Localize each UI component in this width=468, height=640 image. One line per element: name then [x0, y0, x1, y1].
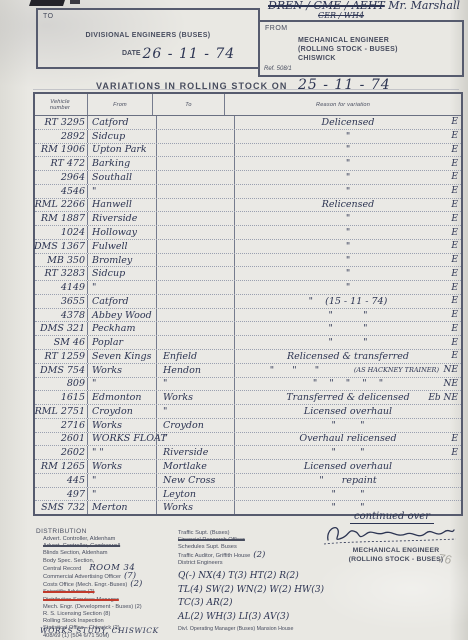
reason-text: Licensed overhaul: [304, 461, 392, 472]
traffic-item-count: (2): [253, 552, 265, 559]
to-address-box: TO DIVISIONAL ENGINEERS (BUSES) DATE 26 …: [36, 8, 260, 69]
to-garage-cell: New Cross: [157, 474, 235, 487]
from-garage-cell: Fulwell: [88, 240, 157, 253]
header-from: From: [88, 94, 153, 115]
reason-text: ": [346, 144, 350, 155]
from-garage-cell: ": [88, 281, 157, 294]
engineer-mark: E: [451, 200, 458, 210]
from-garage-cell: Southall: [88, 171, 157, 184]
reference-number: Ref. 508/1: [264, 66, 292, 72]
table-row: 2892 Sidcup " E: [35, 130, 461, 144]
reason-cell: Overhaul relicensed E: [235, 433, 461, 446]
from-line-2: (ROLLING STOCK - BUSES): [298, 45, 398, 54]
reason-text: Licensed overhaul: [304, 406, 392, 417]
distribution-item-text: Advert. Controller, Camberwell: [43, 543, 120, 550]
reason-cell: " " E: [235, 336, 461, 349]
from-garage-cell: Catford: [88, 295, 157, 308]
reason-text: " ": [332, 420, 365, 431]
to-garage-cell: [157, 336, 235, 349]
header-to: To: [153, 94, 225, 115]
from-garage-cell: Works: [88, 419, 157, 432]
reason-cell: " ": [235, 488, 461, 501]
engineer-mark: E: [451, 338, 458, 348]
routing-note: DREN / CME / AEHT Mr. Marshall: [268, 0, 466, 11]
table-row: 1615 Edmonton Works Transferred & delice…: [35, 391, 461, 405]
reason-cell: " E: [235, 267, 461, 280]
from-garage-cell: Works: [88, 460, 157, 473]
from-garage-cell: Riverside: [88, 212, 157, 225]
table-row: 4149 " " E: [35, 281, 461, 295]
vehicle-number-cell: RT 3283: [35, 267, 88, 280]
distribution-items: Advert. Controller, Aldenham Advert. Con…: [36, 536, 174, 640]
reason-text: Relicensed: [322, 199, 375, 210]
reason-text: " (15 - 11 - 74): [309, 296, 388, 307]
header-vehicle-number: Vehicle number: [35, 94, 88, 115]
vehicle-number-cell: 809: [35, 378, 88, 391]
traffic-item-text: Traffic Auditor, Griffith House: [178, 553, 250, 560]
reason-cell: " " " (AS HACKNEY TRAINER) NE: [235, 364, 461, 377]
table-row: 2716 Works Croydon " ": [35, 419, 461, 433]
traffic-item: District Engineers: [178, 560, 308, 567]
vehicle-number-cell: RML 2751: [35, 405, 88, 418]
distribution-item: Scientific Adviser (2): [43, 589, 174, 596]
distribution-item: Costs Office (Mech. Engr.-Buses) (2): [43, 581, 174, 589]
engineer-mark: E: [451, 296, 458, 306]
table-row: 2601 WORKS FLOAT " Overhaul relicensed E: [35, 433, 461, 447]
to-garage-cell: Croydon: [157, 419, 235, 432]
district-code-line: TL(4) SW(2) WN(2) W(2) HW(3): [178, 584, 338, 598]
vehicle-number-cell: 1615: [35, 391, 88, 404]
to-garage-cell: [157, 281, 235, 294]
title-date-handwritten: 25 - 11 - 74: [298, 77, 391, 93]
reason-cell: " (15 - 11 - 74) E: [235, 295, 461, 308]
reason-text: ": [346, 268, 350, 279]
reason-cell: " " E: [235, 309, 461, 322]
to-garage-cell: ": [157, 405, 235, 418]
reason-text: " ": [329, 337, 368, 348]
engineer-mark: E: [451, 269, 458, 279]
to-garage-cell: [157, 130, 235, 143]
vehicle-number-cell: 2601: [35, 433, 88, 446]
vehicle-number-cell: 2602: [35, 446, 88, 459]
engineer-mark: Eb NE: [428, 393, 458, 403]
reason-text: Transferred & delicensed: [286, 392, 409, 403]
from-line-3: CHISWICK: [298, 54, 398, 63]
traffic-list: Traffic Supt. (Buses) Financial Research…: [178, 530, 308, 567]
works-study-note: WORKS STUDY, CHISWICK: [40, 626, 159, 635]
from-garage-cell: Seven Kings: [88, 350, 157, 363]
to-garage-cell: [157, 144, 235, 157]
from-garage-cell: Croydon: [88, 405, 157, 418]
distribution-item-text: Distribution Services Manager: [43, 597, 119, 604]
reason-text: " repaint: [319, 475, 376, 486]
to-garage-cell: [157, 322, 235, 335]
distribution-item: Central Record ROOM 34: [43, 565, 174, 573]
district-code-line: TC(3) AR(2): [178, 597, 338, 611]
vehicle-number-cell: 445: [35, 474, 88, 487]
table-row: RM 1906 Upton Park " E: [35, 144, 461, 158]
date-value-handwritten: 26 - 11 - 74: [143, 46, 236, 62]
to-garage-cell: Riverside: [157, 446, 235, 459]
to-garage-cell: [157, 212, 235, 225]
table-row: RT 1259 Seven Kings Enfield Relicensed &…: [35, 350, 461, 364]
engineer-mark: E: [451, 310, 458, 320]
vehicle-number-cell: 4546: [35, 185, 88, 198]
table-row: RM 1887 Riverside " E: [35, 212, 461, 226]
date-label: DATE: [122, 50, 141, 57]
from-garage-cell: Poplar: [88, 336, 157, 349]
to-garage-cell: [157, 240, 235, 253]
engineer-mark: NE: [444, 379, 458, 389]
distribution-item: Blinds Section, Aldenham: [43, 550, 174, 557]
from-garage-cell: ": [88, 378, 157, 391]
scan-corner-mark-2: [70, 0, 80, 4]
engineer-mark: E: [451, 324, 458, 334]
reason-text: Overhaul relicensed: [299, 433, 396, 444]
reason-text: ": [346, 158, 350, 169]
from-garage-cell: WORKS FLOAT: [88, 433, 157, 446]
reason-cell: Relicensed E: [235, 199, 461, 212]
vehicle-number-cell: 2892: [35, 130, 88, 143]
routing-note-sub: CER / WH4: [318, 11, 364, 20]
vehicle-number-cell: RM 1887: [35, 212, 88, 225]
reason-cell: " ": [235, 419, 461, 432]
table-row: 3655 Catford " (15 - 11 - 74) E: [35, 295, 461, 309]
vehicle-number-cell: RT 3295: [35, 116, 88, 129]
distribution-item: R. S. Licensing Section (8): [43, 611, 174, 618]
engineer-mark: E: [451, 351, 458, 361]
reason-cell: Delicensed E: [235, 116, 461, 129]
reason-cell: " E: [235, 240, 461, 253]
vehicle-number-cell: DMS 321: [35, 322, 88, 335]
table-row: RML 2266 Hanwell Relicensed E: [35, 199, 461, 213]
to-garage-cell: [157, 226, 235, 239]
vehicle-number-cell: SMS 732: [35, 501, 88, 514]
vehicle-number-cell: 2716: [35, 419, 88, 432]
traffic-item: Traffic Supt. (Buses): [178, 530, 308, 537]
reason-cell: " " E: [235, 446, 461, 459]
to-garage-cell: Works: [157, 391, 235, 404]
table-row: 809 " " " " " " " NE: [35, 378, 461, 392]
reason-text: Delicensed: [322, 117, 375, 128]
reason-cell: " " E: [235, 322, 461, 335]
distribution-item-count: (2): [130, 581, 142, 588]
reason-cell: " E: [235, 281, 461, 294]
from-garage-cell: Upton Park: [88, 144, 157, 157]
to-garage-cell: Mortlake: [157, 460, 235, 473]
distribution-item-text: Rolling Stock Inspection: [43, 618, 104, 625]
table-row: DMS 321 Peckham " " E: [35, 322, 461, 336]
to-garage-cell: [157, 185, 235, 198]
engineer-mark: E: [451, 434, 458, 444]
reason-text: ": [346, 172, 350, 183]
from-line-1: MECHANICAL ENGINEER: [298, 36, 398, 45]
vehicle-number-cell: SM 46: [35, 336, 88, 349]
distribution-item: Advert. Controller, Aldenham: [43, 536, 174, 543]
traffic-item: Schedules Supt. Buses: [178, 544, 308, 551]
from-garage-cell: Bromley: [88, 254, 157, 267]
to-garage-cell: [157, 254, 235, 267]
table-row: 1024 Holloway " E: [35, 226, 461, 240]
signature-scribble: [322, 520, 458, 548]
to-garage-cell: Works: [157, 501, 235, 514]
from-garage-cell: Merton: [88, 501, 157, 514]
routing-name: Mr. Marshall: [388, 0, 460, 12]
table-row: MB 350 Bromley " E: [35, 254, 461, 268]
traffic-item-text: Financial Research Officer: [178, 537, 245, 544]
table-row: 4378 Abbey Wood " " E: [35, 309, 461, 323]
distribution-list: DISTRIBUTION Advert. Controller, Aldenha…: [36, 528, 174, 640]
from-garage-cell: ": [88, 488, 157, 501]
vehicle-number-cell: 497: [35, 488, 88, 501]
to-garage-cell: Leyton: [157, 488, 235, 501]
reason-text: " ": [329, 310, 368, 321]
from-garage-cell: Works: [88, 364, 157, 377]
from-garage-cell: Catford: [88, 116, 157, 129]
to-garage-cell: [157, 267, 235, 280]
reason-text: ": [346, 186, 350, 197]
reason-cell: " E: [235, 130, 461, 143]
to-garage-cell: Hendon: [157, 364, 235, 377]
table-row: RT 3295 Catford Delicensed E: [35, 116, 461, 130]
reason-cell: " E: [235, 144, 461, 157]
reason-cell: " E: [235, 212, 461, 225]
table-row: 445 " New Cross " repaint: [35, 474, 461, 488]
reason-text: ": [346, 255, 350, 266]
to-garage-cell: [157, 171, 235, 184]
from-garage-cell: Peckham: [88, 322, 157, 335]
vehicle-number-cell: RM 1265: [35, 460, 88, 473]
vehicle-number-cell: RML 2266: [35, 199, 88, 212]
to-garage-cell: [157, 116, 235, 129]
reason-cell: " repaint: [235, 474, 461, 487]
distribution-item-text: Commercial Advertising Officer: [43, 574, 121, 581]
from-garage-cell: " ": [88, 446, 157, 459]
engineer-mark: E: [451, 145, 458, 155]
from-garage-cell: Barking: [88, 157, 157, 170]
engineer-mark: E: [451, 186, 458, 196]
reason-text: " " " " ": [313, 378, 383, 389]
traffic-item-text: Schedules Supt. Buses: [178, 544, 237, 551]
distribution-item: Advert. Controller, Camberwell: [43, 543, 174, 550]
vehicle-number-cell: MB 350: [35, 254, 88, 267]
engineer-mark: E: [451, 241, 458, 251]
distribution-item-text: Blinds Section, Aldenham: [43, 550, 108, 557]
district-code-line: AL(2) WH(3) LI(3) AV(3): [178, 611, 338, 625]
reason-cell: Licensed overhaul: [235, 405, 461, 418]
from-garage-cell: Hanwell: [88, 199, 157, 212]
reason-cell: Relicensed & transferred E: [235, 350, 461, 363]
vehicle-number-cell: RT 472: [35, 157, 88, 170]
table-row: RM 1265 Works Mortlake Licensed overhaul: [35, 460, 461, 474]
to-garage-cell: [157, 157, 235, 170]
engineer-mark: NE: [444, 365, 458, 375]
from-garage-cell: Abbey Wood: [88, 309, 157, 322]
from-garage-cell: Holloway: [88, 226, 157, 239]
reason-cell: " E: [235, 171, 461, 184]
distribution-item-text: Mech. Engr. (Development - Buses) (2): [43, 604, 142, 611]
table-row: RT 3283 Sidcup " E: [35, 267, 461, 281]
distribution-item-text: Central Record: [43, 566, 81, 573]
reason-text: ": [346, 241, 350, 252]
reason-text: Relicensed & transferred: [287, 351, 409, 362]
vehicle-number-cell: 4378: [35, 309, 88, 322]
vehicle-number-cell: RT 1259: [35, 350, 88, 363]
reason-text: " ": [329, 323, 368, 334]
reason-note: (AS HACKNEY TRAINER): [354, 366, 439, 374]
engineer-mark: E: [451, 255, 458, 265]
from-garage-cell: Sidcup: [88, 130, 157, 143]
to-garage-cell: [157, 295, 235, 308]
district-code-line: Q(-) NX(4) T(3) HT(2) R(2): [178, 570, 338, 584]
reason-cell: Transferred & delicensed Eb NE: [235, 391, 461, 404]
reason-cell: " " " " " NE: [235, 378, 461, 391]
distribution-item-text: R. S. Licensing Section (8): [43, 611, 110, 618]
to-garage-cell: Enfield: [157, 350, 235, 363]
traffic-item: Financial Research Officer: [178, 537, 308, 544]
from-garage-cell: Sidcup: [88, 267, 157, 280]
to-value: DIVISIONAL ENGINEERS (BUSES): [38, 32, 258, 39]
vehicle-number-cell: 1024: [35, 226, 88, 239]
table-body: RT 3295 Catford Delicensed E 2892 Sidcup: [35, 116, 461, 514]
title-text: VARIATIONS IN ROLLING STOCK ON: [96, 81, 288, 91]
distribution-item-text: Costs Office (Mech. Engr.-Buses): [43, 582, 127, 589]
vehicle-number-cell: RM 1906: [35, 144, 88, 157]
vehicle-number-cell: 2964: [35, 171, 88, 184]
scan-corner-mark: [29, 0, 65, 6]
distribution-item-text: Scientific Adviser (2): [43, 589, 95, 596]
reason-text: ": [346, 227, 350, 238]
to-garage-cell: [157, 199, 235, 212]
date-line: DATE 26 - 11 - 74: [122, 46, 235, 62]
traffic-item-text: Traffic Supt. (Buses): [178, 530, 230, 537]
from-label: FROM: [265, 25, 288, 32]
from-garage-cell: Edmonton: [88, 391, 157, 404]
engineer-mark: E: [451, 283, 458, 293]
district-codes: Q(-) NX(4) T(3) HT(2) R(2) TL(4) SW(2) W…: [178, 570, 338, 624]
table-row: RML 2751 Croydon " Licensed overhaul: [35, 405, 461, 419]
distribution-item: Commercial Advertising Officer (7): [43, 573, 174, 581]
table-row: 4546 " " E: [35, 185, 461, 199]
header-reason: Reason for variation: [225, 94, 461, 115]
from-garage-cell: ": [88, 185, 157, 198]
table-row: 497 " Leyton " ": [35, 488, 461, 502]
to-garage-cell: ": [157, 433, 235, 446]
table-row: 2602 " " Riverside " " E: [35, 446, 461, 460]
engineer-mark: E: [451, 117, 458, 127]
reason-text: ": [346, 213, 350, 224]
reason-text: " ": [332, 447, 365, 458]
engineer-mark: E: [451, 228, 458, 238]
engineer-mark: E: [451, 214, 458, 224]
divl-operating-manager-line: Divl. Operating Manager (Buses) Mansion …: [178, 626, 293, 632]
distribution-item-text: Advert. Controller, Aldenham: [43, 536, 115, 543]
table-row: RT 472 Barking " E: [35, 157, 461, 171]
reason-text: " ": [332, 489, 365, 500]
reason-cell: " E: [235, 157, 461, 170]
distribution-title: DISTRIBUTION: [36, 528, 174, 535]
vehicle-number-cell: 3655: [35, 295, 88, 308]
table-row: SM 46 Poplar " " E: [35, 336, 461, 350]
reason-cell: Licensed overhaul: [235, 460, 461, 473]
scanned-memo-page: DREN / CME / AEHT Mr. Marshall CER / WH4…: [0, 0, 468, 640]
table-row: DMS 754 Works Hendon " " " (AS HACKNEY T…: [35, 364, 461, 378]
engineer-mark: E: [451, 172, 458, 182]
from-value: MECHANICAL ENGINEER (ROLLING STOCK - BUS…: [298, 36, 398, 63]
reason-text: ": [346, 131, 350, 142]
engineer-mark: E: [451, 131, 458, 141]
reason-cell: " E: [235, 226, 461, 239]
traffic-item-text: District Engineers: [178, 560, 223, 567]
table-row: DMS 1367 Fulwell " E: [35, 240, 461, 254]
table-header-row: Vehicle number From To Reason for variat…: [35, 94, 461, 116]
distribution-item: Mech. Engr. (Development - Buses) (2): [43, 604, 174, 611]
pencil-page-mark: 76: [437, 551, 452, 567]
distribution-item: Rolling Stock Inspection: [43, 618, 174, 625]
variations-table: Vehicle number From To Reason for variat…: [33, 92, 463, 516]
distribution-item-text: Body Spec. Section,: [43, 558, 94, 565]
to-label: TO: [43, 13, 54, 20]
reason-text: ": [346, 282, 350, 293]
to-garage-cell: [157, 309, 235, 322]
vehicle-number-cell: 4149: [35, 281, 88, 294]
traffic-items: Traffic Supt. (Buses) Financial Research…: [178, 530, 308, 567]
distribution-item: Distribution Services Manager: [43, 597, 174, 604]
vehicle-number-cell: DMS 754: [35, 364, 88, 377]
from-address-box: FROM MECHANICAL ENGINEER (ROLLING STOCK …: [258, 20, 464, 77]
to-garage-cell: ": [157, 378, 235, 391]
reason-cell: " E: [235, 185, 461, 198]
from-garage-cell: ": [88, 474, 157, 487]
reason-cell: " E: [235, 254, 461, 267]
traffic-item: Traffic Auditor, Griffith House (2): [178, 552, 308, 560]
reason-text: " " ": [270, 365, 319, 376]
engineer-mark: E: [451, 159, 458, 169]
table-row: 2964 Southall " E: [35, 171, 461, 185]
vehicle-number-cell: DMS 1367: [35, 240, 88, 253]
engineer-mark: E: [451, 448, 458, 458]
